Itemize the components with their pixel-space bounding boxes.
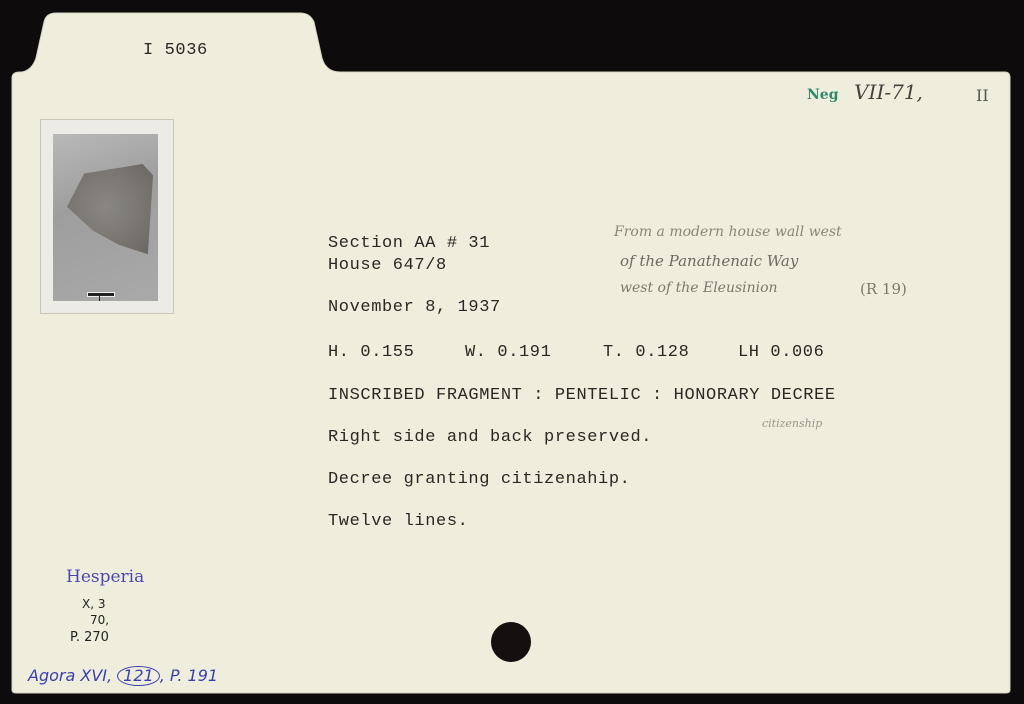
findspot-line-3: west of the Eleusinion [620, 280, 778, 296]
letter-height-value: LH 0.006 [738, 343, 824, 362]
house-line: House 647/8 [328, 256, 447, 275]
hesperia-stamp: Hesperia [66, 567, 144, 587]
catalog-number: I 5036 [143, 41, 208, 60]
correction-note: citizenship [762, 417, 822, 430]
fragment-photo-icon [53, 134, 158, 301]
hesperia-number: 70, [90, 613, 109, 627]
catalog-card: I 5036 Neg VII-71, II Section AA # 31 Ho… [0, 0, 1024, 704]
agora-reference: Agora XVI, 121, P. 191 [28, 666, 218, 686]
punch-hole [491, 622, 531, 662]
agora-suffix: , P. 191 [160, 666, 218, 685]
photo-mount [40, 119, 174, 314]
findspot-line-2: of the Panathenaic Way [620, 252, 798, 270]
thickness-value: T. 0.128 [603, 343, 689, 362]
findspot-line-1: From a modern house wall west [614, 224, 842, 240]
agora-circled-number: 121 [117, 666, 160, 686]
card-number: II [976, 86, 989, 105]
stone-fragment [67, 164, 153, 259]
hesperia-volume: X, 3 [82, 597, 105, 611]
width-value: W. 0.191 [465, 343, 551, 362]
preservation-note: Right side and back preserved. [328, 428, 652, 447]
height-value: H. 0.155 [328, 343, 414, 362]
neg-label: Neg [807, 87, 839, 103]
classification: INSCRIBED FRAGMENT : PENTELIC : HONORARY… [328, 386, 836, 405]
line-count: Twelve lines. [328, 512, 468, 531]
scale-bar [87, 292, 115, 297]
neg-value: VII-71, [854, 80, 923, 104]
section-line: Section AA # 31 [328, 234, 490, 253]
agora-prefix: Agora XVI, [28, 666, 112, 685]
hesperia-page: P. 270 [70, 630, 109, 645]
description: Decree granting citizenahip. [328, 470, 630, 489]
negative-reference: Neg VII-71, [807, 80, 923, 104]
grid-reference: (R 19) [860, 280, 907, 298]
date: November 8, 1937 [328, 298, 501, 317]
